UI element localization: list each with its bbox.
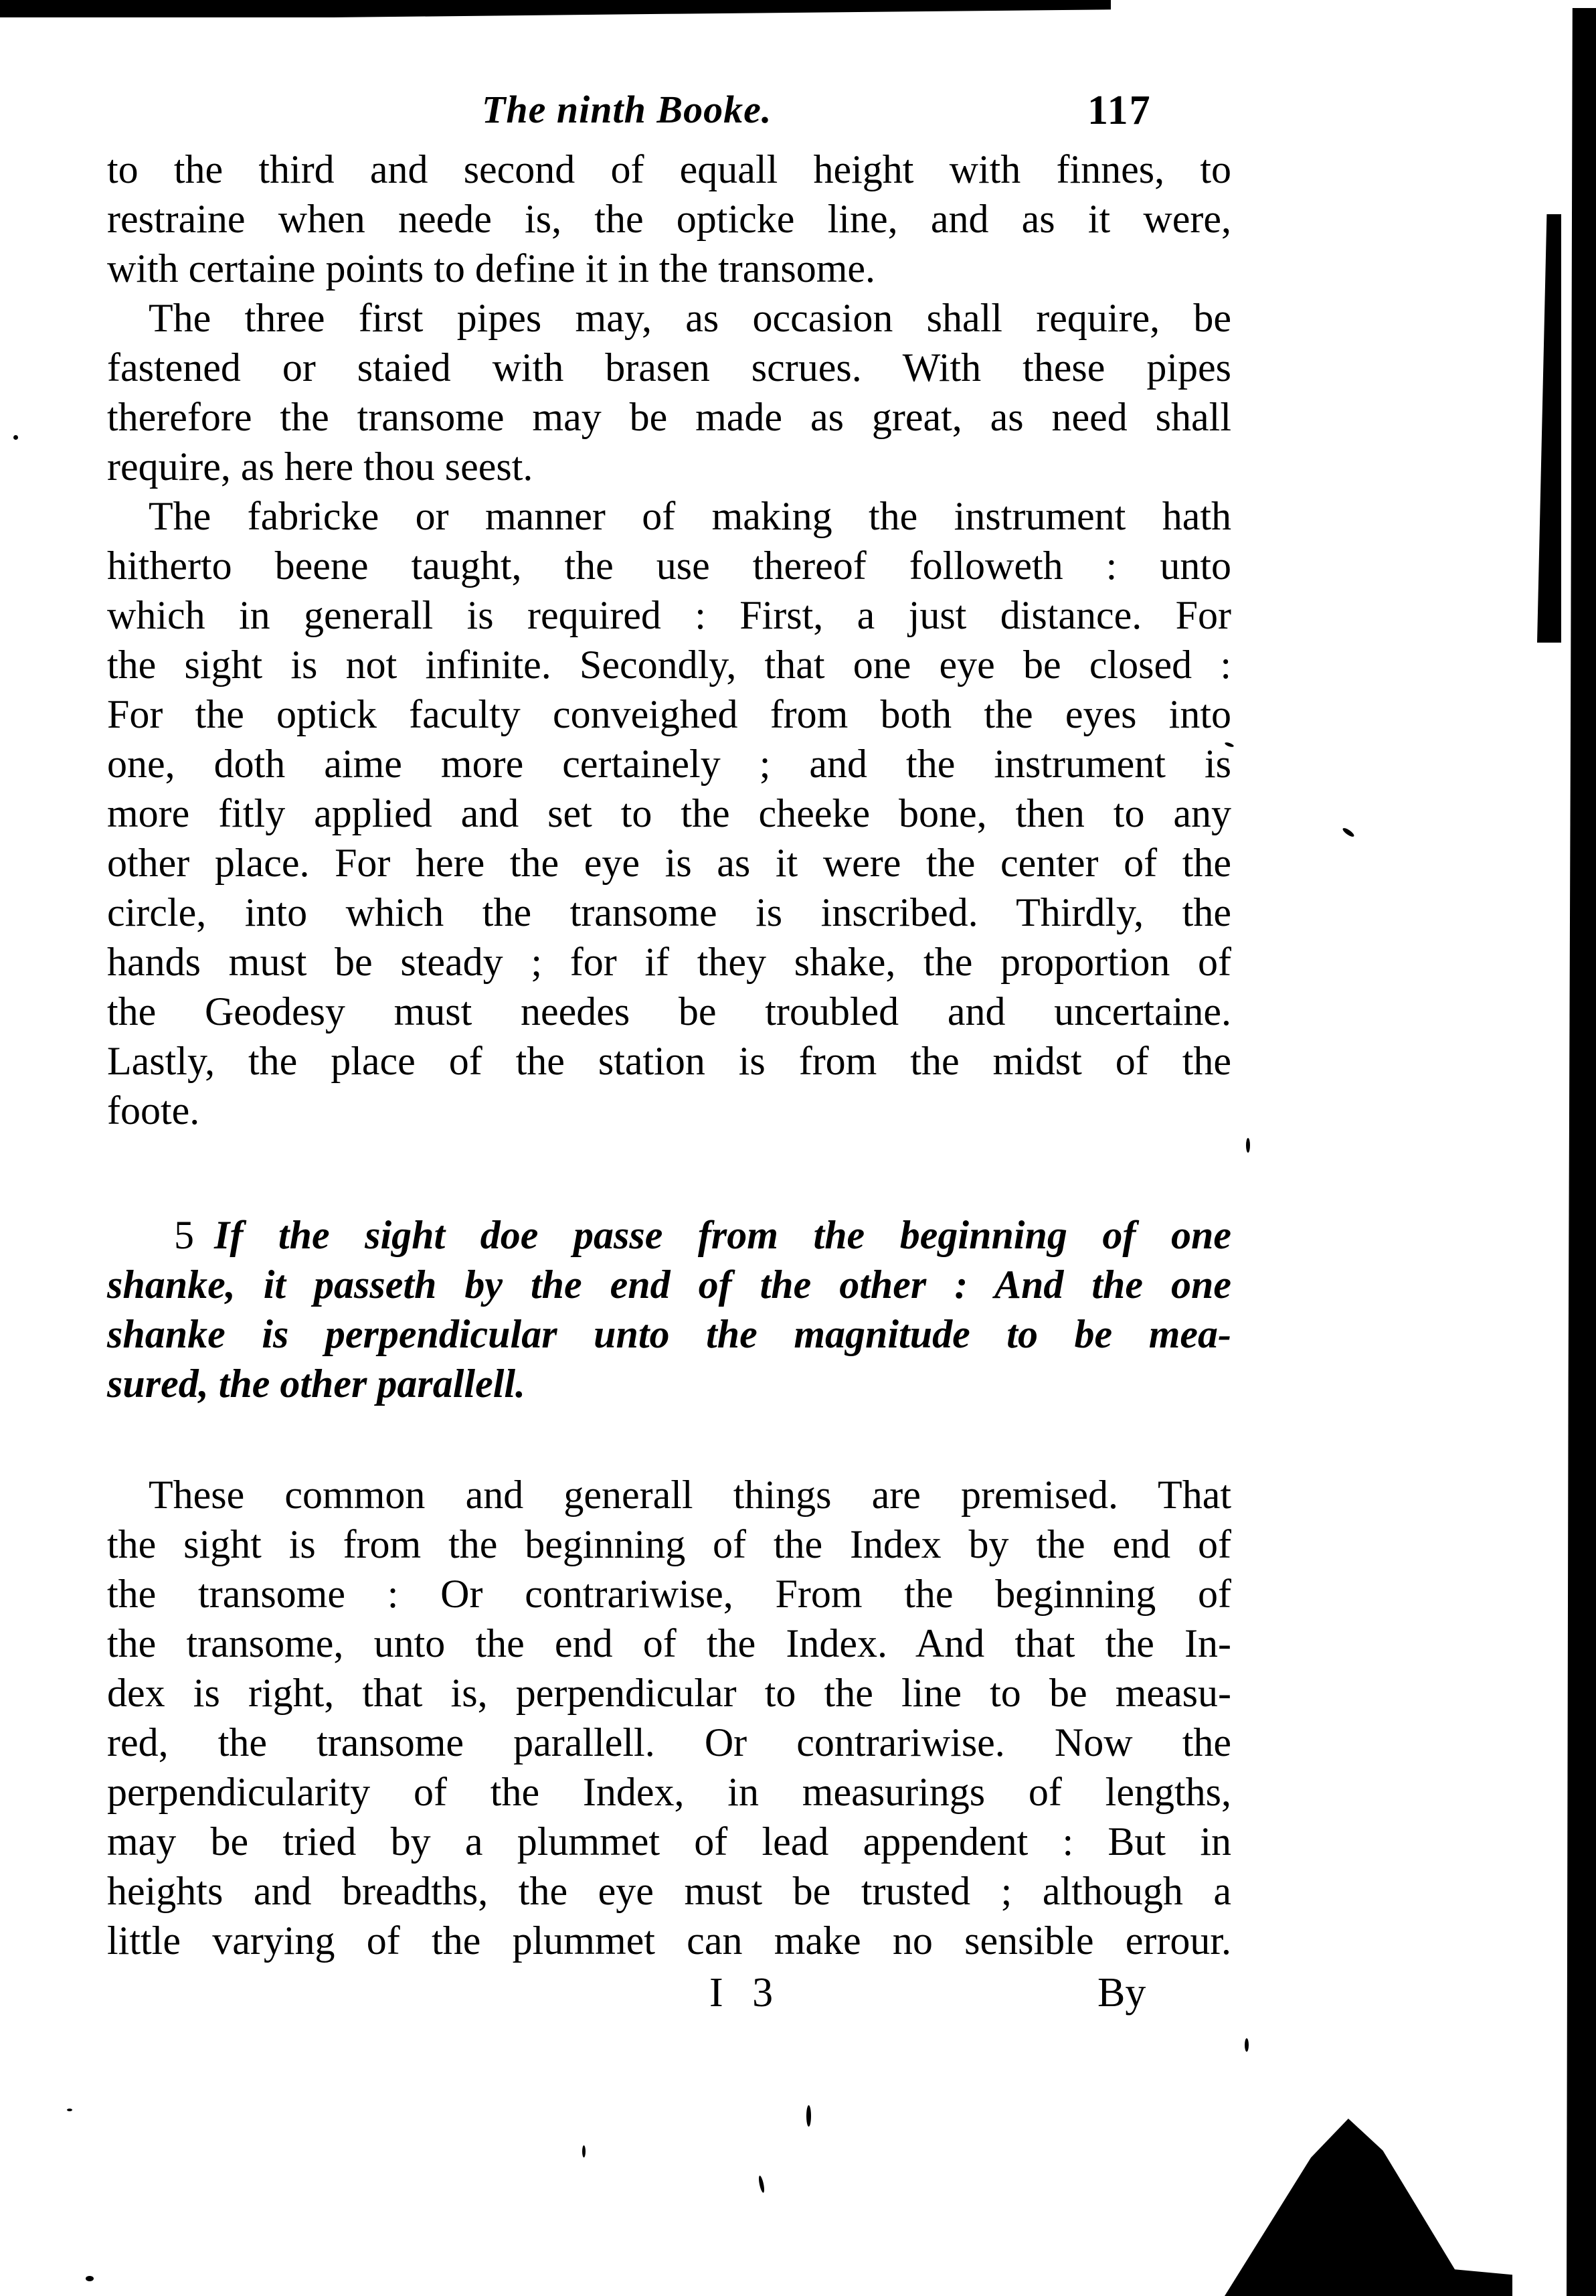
running-title: The ninth Booke.: [482, 87, 772, 132]
paragraph-pipes: The three first pipes may, as occasion s…: [107, 293, 1231, 491]
text-line: little varying of the plummet can make n…: [107, 1916, 1231, 1965]
text-line: with certaine points to define it in the…: [107, 244, 1231, 293]
proposition-line: sured, the other parallell.: [107, 1359, 1231, 1408]
scan-speck: [1245, 2038, 1249, 2052]
scan-speck: [13, 435, 18, 440]
book-page: The ninth Booke. 117 to the third and se…: [107, 87, 1231, 2023]
scan-corner-fold: [1225, 2119, 1512, 2296]
text-line: red, the transome parallell. Or contrari…: [107, 1718, 1231, 1767]
text-line: heights and breadths, the eye must be tr…: [107, 1866, 1231, 1916]
scan-speck: [582, 2145, 586, 2157]
scan-speck: [758, 2176, 765, 2194]
text-line: to the third and second of equall height…: [107, 145, 1231, 194]
scan-speck: [806, 2105, 811, 2127]
text-line: may be tried by a plummet of lead append…: [107, 1817, 1231, 1866]
text-line: restraine when neede is, the opticke lin…: [107, 194, 1231, 244]
page-number: 117: [1087, 87, 1152, 135]
text-line: The fabricke or manner of making the ins…: [107, 491, 1231, 541]
text-line: dex is right, that is, perpendicular to …: [107, 1668, 1231, 1718]
scan-binding-edge: [1567, 8, 1596, 2296]
text-line: circle, into which the transome is inscr…: [107, 888, 1231, 937]
text-line: Lastly, the place of the station is from…: [107, 1036, 1231, 1086]
scan-speck: [1342, 827, 1355, 838]
proposition-line: shanke is perpendicular unto the magnitu…: [107, 1309, 1231, 1359]
scan-speck: [67, 2109, 72, 2111]
signature-mark: I 3: [709, 1969, 782, 2017]
scan-speck: [1246, 1138, 1250, 1153]
paragraph-use-of-instrument: The fabricke or manner of making the ins…: [107, 491, 1231, 1135]
text-line: require, as here thou seest.: [107, 442, 1231, 491]
text-line: fastened or staied with brasen scrues. W…: [107, 343, 1231, 392]
text-line: hitherto beene taught, the use thereof f…: [107, 541, 1231, 590]
text-line: therefore the transome may be made as gr…: [107, 392, 1231, 442]
proposition-line: 5If the sight doe passe from the beginni…: [107, 1210, 1231, 1260]
text-line: hands must be steady ; for if they shake…: [107, 937, 1231, 987]
text-line: perpendicularity of the Index, in measur…: [107, 1767, 1231, 1817]
proposition-5: 5If the sight doe passe from the beginni…: [107, 1210, 1231, 1408]
text-line: the transome, unto the end of the Index.…: [107, 1619, 1231, 1668]
scan-speck: [86, 2276, 94, 2281]
text-line: the sight is from the beginning of the I…: [107, 1520, 1231, 1569]
text-line: the Geodesy must needes be troubled and …: [107, 987, 1231, 1036]
running-head: The ninth Booke. 117: [107, 87, 1231, 141]
scan-binding-inner-shadow: [1537, 214, 1561, 643]
text-line: These common and generall things are pre…: [107, 1470, 1231, 1520]
text-line: more fitly applied and set to the cheeke…: [107, 789, 1231, 838]
paragraph-premises: These common and generall things are pre…: [107, 1470, 1231, 1965]
text-line: the sight is not infinite. Secondly, tha…: [107, 640, 1231, 689]
text-line: foote.: [107, 1086, 1231, 1135]
text-line: For the optick faculty conveighed from b…: [107, 689, 1231, 739]
paragraph-continuation: to the third and second of equall height…: [107, 145, 1231, 293]
text-line: one, doth aime more certainely ; and the…: [107, 739, 1231, 789]
catchword: By: [1097, 1969, 1146, 2017]
text-line: The three first pipes may, as occasion s…: [107, 293, 1231, 343]
proposition-number: 5: [174, 1213, 194, 1257]
page-footer: I 3 By: [107, 1969, 1231, 2023]
text-line: which in generall is required : First, a…: [107, 590, 1231, 640]
proposition-line: shanke, it passeth by the end of the oth…: [107, 1260, 1231, 1309]
text-line: the transome : Or contrariwise, From the…: [107, 1569, 1231, 1619]
proposition-text: If the sight doe passe from the beginnin…: [214, 1213, 1231, 1257]
text-line: other place. For here the eye is as it w…: [107, 838, 1231, 888]
scan-top-shadow: [0, 0, 1111, 17]
